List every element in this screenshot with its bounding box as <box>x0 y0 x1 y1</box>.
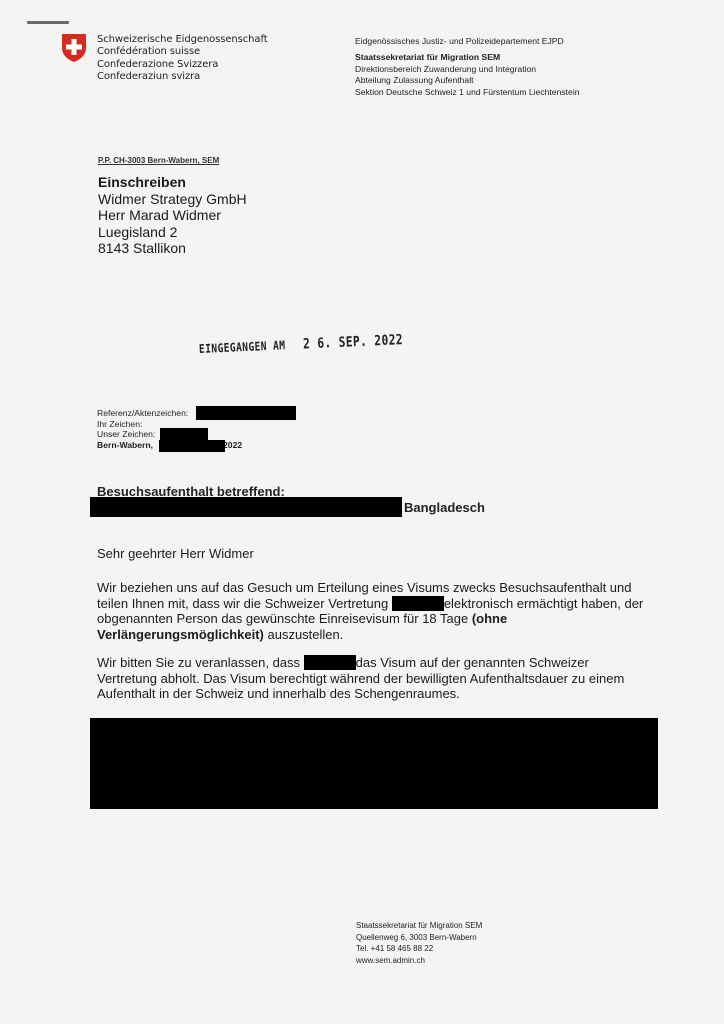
redaction-person-name <box>304 655 356 670</box>
stamp-label: EINGEGANGEN AM <box>199 338 286 356</box>
paragraph-visa-authorization: Wir beziehen uns auf das Gesuch um Ertei… <box>97 580 652 643</box>
redaction-subject-person <box>90 497 402 517</box>
paragraph-text: Wir bitten Sie zu veranlassen, dass <box>97 655 304 670</box>
footer-line: www.sem.admin.ch <box>356 955 482 967</box>
federal-name-it: Confederazione Svizzera <box>97 59 268 71</box>
subject-country: Bangladesch <box>404 500 485 515</box>
federal-name-rm: Confederaziun svizra <box>97 71 268 83</box>
recipient-line: Luegisland 2 <box>98 224 247 241</box>
place-label: Bern-Wabern, <box>97 440 153 450</box>
delivery-type: Einschreiben <box>98 174 247 191</box>
date-year: 2022 <box>223 440 242 450</box>
department-block: Eidgenössisches Justiz- und Polizeidepar… <box>355 36 580 98</box>
swiss-coat-of-arms-icon <box>61 33 87 63</box>
federal-name-fr: Confédération suisse <box>97 46 268 58</box>
redaction-reference <box>196 406 296 420</box>
salutation: Sehr geehrter Herr Widmer <box>97 546 652 562</box>
redaction-date <box>159 440 225 452</box>
stamp-date: 2 6. SEP. 2022 <box>303 332 404 352</box>
office-line: Direktionsbereich Zuwanderung und Integr… <box>355 64 580 75</box>
redaction-block <box>90 718 658 809</box>
sender-line: P.P. CH-3003 Bern-Wabern, SEM <box>98 156 219 165</box>
paragraph-visa-pickup: Wir bitten Sie zu veranlassen, dass das … <box>97 655 652 702</box>
department-name: Eidgenössisches Justiz- und Polizeidepar… <box>355 36 580 47</box>
office-name: Staatssekretariat für Migration SEM <box>355 52 580 63</box>
received-stamp: EINGEGANGEN AM2 6. SEP. 2022 <box>199 332 404 357</box>
recipient-address: Einschreiben Widmer Strategy GmbH Herr M… <box>98 174 247 257</box>
footer-line: Tel. +41 58 465 88 22 <box>356 943 482 955</box>
office-line: Abteilung Zulassung Aufenthalt <box>355 75 580 86</box>
scan-artifact-mark <box>27 21 69 24</box>
footer-line: Quellenweg 6, 3003 Bern-Wabern <box>356 932 482 944</box>
federal-names: Schweizerische Eidgenossenschaft Confédé… <box>97 34 268 84</box>
federal-name-de: Schweizerische Eidgenossenschaft <box>97 34 268 46</box>
paragraph-text: auszustellen. <box>264 627 344 642</box>
footer-line: Staatssekretariat für Migration SEM <box>356 920 482 932</box>
recipient-line: 8143 Stallikon <box>98 240 247 257</box>
office-line: Sektion Deutsche Schweiz 1 und Fürstentu… <box>355 87 580 98</box>
redaction-representation <box>392 596 444 611</box>
recipient-line: Widmer Strategy GmbH <box>98 191 247 208</box>
recipient-line: Herr Marad Widmer <box>98 207 247 224</box>
footer-address: Staatssekretariat für Migration SEM Quel… <box>356 920 482 966</box>
